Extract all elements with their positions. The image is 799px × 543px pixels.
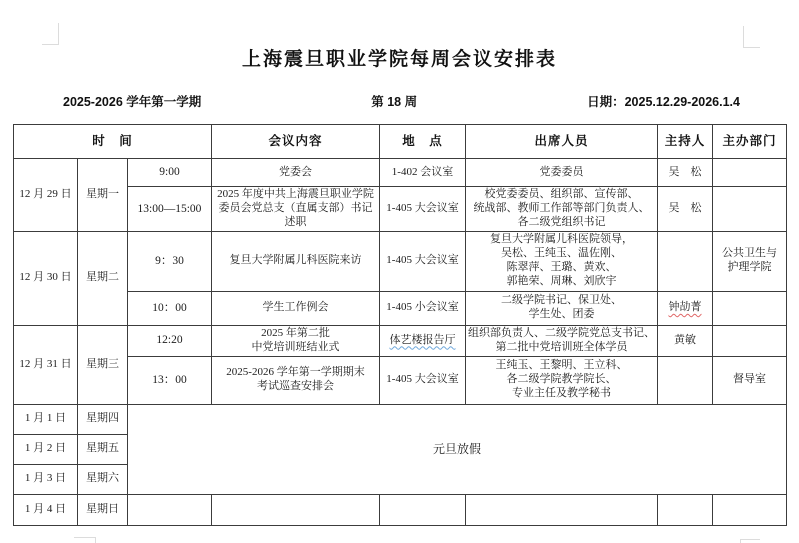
cell-time: 9：30 (128, 231, 212, 291)
week-label: 第 18 周 (371, 92, 417, 110)
cell-department (713, 291, 787, 325)
cell-department (713, 187, 787, 232)
cell-location: 1-405 大会议室 (380, 231, 466, 291)
cell-content (212, 494, 380, 525)
header-attendees: 出席人员 (466, 125, 658, 159)
cell-location: 1-402 会议室 (380, 159, 466, 187)
table-row: 1 月 1 日 星期四 元旦放假 (14, 404, 787, 434)
cell-host: 吴 松 (658, 187, 713, 232)
crop-mark-bottom-right (740, 539, 760, 543)
cell-location: 1-405 大会议室 (380, 356, 466, 404)
cell-department (713, 494, 787, 525)
cell-time: 12:20 (128, 325, 212, 356)
cell-date: 12 月 31 日 (14, 325, 78, 404)
cell-host (658, 356, 713, 404)
cell-attendees: 党委委员 (466, 159, 658, 187)
cell-location (380, 494, 466, 525)
cell-time: 10：00 (128, 291, 212, 325)
header-location: 地 点 (380, 125, 466, 159)
cell-weekday: 星期三 (78, 325, 128, 404)
cell-date: 1 月 2 日 (14, 434, 78, 464)
cell-date: 1 月 1 日 (14, 404, 78, 434)
cell-time: 13:00—15:00 (128, 187, 212, 232)
cell-weekday: 星期日 (78, 494, 128, 525)
cell-attendees: 校党委委员、组织部、宣传部、 统战部、教师工作部等部门负责人、 各二级党组织书记 (466, 187, 658, 232)
cell-date: 1 月 4 日 (14, 494, 78, 525)
table-row: 12 月 31 日 星期三 12:20 2025 年第二批 中党培训班结业式 体… (14, 325, 787, 356)
table-row: 1 月 4 日 星期日 (14, 494, 787, 525)
info-row: 2025-2026 学年第一学期 第 18 周 日期：2025.12.29-20… (63, 92, 740, 110)
date-range-label: 日期：2025.12.29-2026.1.4 (587, 92, 740, 110)
table-row: 12 月 29 日 星期一 9:00 党委会 1-402 会议室 党委委员 吴 … (14, 159, 787, 187)
cell-content: 复旦大学附属儿科医院来访 (212, 231, 380, 291)
semester-label: 2025-2026 学年第一学期 (63, 92, 201, 110)
cell-attendees (466, 494, 658, 525)
cell-host: 吴 松 (658, 159, 713, 187)
header-department: 主办部门 (713, 125, 787, 159)
cell-attendees: 组织部负责人、二级学院党总支书记、第二批中党培训班全体学员 (466, 325, 658, 356)
cell-holiday: 元旦放假 (128, 404, 787, 494)
cell-content: 2025 年度中共上海震旦职业学院委员会党总支（直属支部）书记述职 (212, 187, 380, 232)
cell-content: 2025 年第二批 中党培训班结业式 (212, 325, 380, 356)
cell-location: 1-405 小会议室 (380, 291, 466, 325)
cell-attendees: 二级学院书记、保卫处、 学生处、团委 (466, 291, 658, 325)
cell-content: 学生工作例会 (212, 291, 380, 325)
cell-content: 2025-2026 学年第一学期期末 考试巡查安排会 (212, 356, 380, 404)
cell-time: 13：00 (128, 356, 212, 404)
cell-time (128, 494, 212, 525)
cell-host (658, 494, 713, 525)
cell-department: 公共卫生与 护理学院 (713, 231, 787, 291)
cell-date: 1 月 3 日 (14, 464, 78, 494)
cell-weekday: 星期五 (78, 434, 128, 464)
table-row: 12 月 30 日 星期二 9：30 复旦大学附属儿科医院来访 1-405 大会… (14, 231, 787, 291)
header-time: 时 间 (14, 125, 212, 159)
document-page: { "page": { "title": "上海震旦职业学院每周会议安排表", … (0, 0, 799, 543)
cell-attendees: 复旦大学附属儿科医院领导， 吴松、王纯玉、温佐刚、 陈翠萍、王璐、黄欢、 郭艳荣… (466, 231, 658, 291)
crop-mark-top-left (42, 23, 59, 45)
cell-department: 督导室 (713, 356, 787, 404)
cell-department (713, 159, 787, 187)
header-host: 主持人 (658, 125, 713, 159)
table-row: 13：00 2025-2026 学年第一学期期末 考试巡查安排会 1-405 大… (14, 356, 787, 404)
meeting-schedule-table: 时 间 会议内容 地 点 出席人员 主持人 主办部门 12 月 29 日 星期一… (13, 124, 787, 526)
header-content: 会议内容 (212, 125, 380, 159)
cell-attendees: 王纯玉、王黎明、王立科、 各二级学院教学院长、 专业主任及教学秘书 (466, 356, 658, 404)
header-row: 时 间 会议内容 地 点 出席人员 主持人 主办部门 (14, 125, 787, 159)
cell-department (713, 325, 787, 356)
crop-mark-top-right (743, 26, 760, 48)
cell-content: 党委会 (212, 159, 380, 187)
cell-weekday: 星期六 (78, 464, 128, 494)
cell-date: 12 月 30 日 (14, 231, 78, 325)
cell-host: 黄敏 (658, 325, 713, 356)
cell-location-grammarchecked: 体艺楼报告厅 (380, 325, 466, 356)
cell-time: 9:00 (128, 159, 212, 187)
table-row: 10：00 学生工作例会 1-405 小会议室 二级学院书记、保卫处、 学生处、… (14, 291, 787, 325)
page-title: 上海震旦职业学院每周会议安排表 (0, 48, 799, 72)
cell-date: 12 月 29 日 (14, 159, 78, 232)
cell-weekday: 星期二 (78, 231, 128, 325)
cell-weekday: 星期一 (78, 159, 128, 232)
crop-mark-bottom-left (74, 537, 96, 543)
cell-location: 1-405 大会议室 (380, 187, 466, 232)
table-row: 13:00—15:00 2025 年度中共上海震旦职业学院委员会党总支（直属支部… (14, 187, 787, 232)
cell-weekday: 星期四 (78, 404, 128, 434)
cell-host (658, 231, 713, 291)
cell-host-spellchecked: 钟劼菁 (658, 291, 713, 325)
